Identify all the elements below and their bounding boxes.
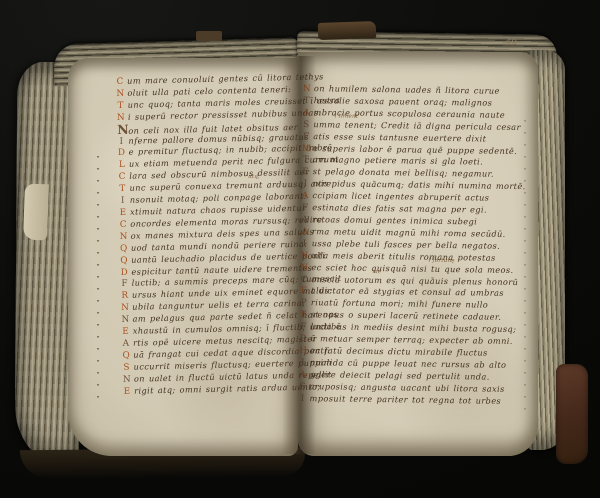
line-text: e superis labor ē parua quē puppe sedent… — [313, 143, 517, 156]
spine-leather-fragment — [556, 364, 588, 464]
line-initial: S — [302, 120, 310, 132]
line-initial: Q — [120, 255, 128, 267]
line-initial: Q — [120, 243, 128, 255]
line-initial: I — [301, 239, 309, 251]
protruding-leaf-edge — [23, 184, 49, 241]
line-text: nualida cū puppe leuat nec rursus ab alt… — [310, 357, 506, 370]
line-text: luctibus in mediis desint mihi busta rog… — [311, 321, 517, 334]
interlinear-gloss: me — [372, 269, 381, 275]
line-text: estinata dies fatis sat magna per egi. — [312, 202, 487, 214]
line-text: ussa plebe tuli fasces per bella negatos… — [312, 238, 501, 251]
line-text: onscia uotorum es qui quāuis plenus hono… — [311, 274, 518, 287]
line-initial: N — [117, 123, 125, 135]
line-text: rma metu uidit magnū mihi roma secūdū. — [312, 226, 506, 239]
line-initial: A — [299, 370, 307, 382]
folio-number: 49 — [504, 37, 517, 48]
line-text: mposuit terre pariter tot regna tot urbe… — [310, 393, 502, 406]
line-initial: I — [298, 394, 306, 406]
line-text: riuatū fortuna mori; mihi funere nullo — [311, 297, 488, 309]
line-initial: N — [123, 374, 131, 386]
line-text: ccipiam licet ingentes abruperit actus — [312, 190, 489, 202]
line-initial: N — [300, 251, 308, 263]
pricking-holes-left — [97, 156, 99, 408]
line-text: umma tenent; Credit iā digna pericula ce… — [313, 119, 521, 132]
interlinear-gloss: atq; — [248, 174, 260, 180]
line-text: ntrepidus quācumq; datis mihi numina mor… — [313, 178, 526, 191]
manuscript-photo: Cum mare conuoluit gentes cū litora teth… — [0, 0, 600, 498]
line-initial: S — [299, 382, 307, 394]
line-initial: F — [302, 132, 310, 144]
line-text: ū metuar semper terraq; expecter ab omni… — [310, 333, 513, 346]
line-text: on humilem salona uades ñ litora curue — [314, 83, 500, 96]
line-text: st pelago donata mei bellisq; negamur. — [313, 166, 494, 179]
line-text: hessalie saxosa pauent oraq; malignos — [314, 95, 493, 107]
interlinear-gloss: ł fortunę — [428, 258, 454, 264]
line-text: t dictator eā stygias et consul ad umbra… — [311, 286, 504, 299]
headband-fragment — [196, 31, 222, 41]
interlinear-gloss: ł timent — [334, 113, 358, 119]
line-initial: N — [300, 263, 308, 275]
line-text: am magno petiere maris si gla loeti. — [313, 155, 483, 167]
line-text: ec fatū decimus dictu mirabile fluctus — [310, 345, 488, 357]
line-text: ec sciet hoc quisquā nisi tu que sola me… — [311, 262, 513, 275]
headband-damage — [318, 21, 377, 40]
right-page-text-column: Non humilem salona uades ñ litora curueT… — [299, 83, 528, 408]
line-text: ulla meis aberit titulis romana potestas — [312, 250, 496, 263]
line-text: ggere deiecit pelagi sed pertulit unda. — [310, 369, 490, 382]
line-text: rctoas domui gentes inimica subegi — [312, 214, 477, 226]
line-text: cruposisq; angusta uacant ubi litora sax… — [310, 381, 505, 394]
line-initial: E — [123, 386, 131, 398]
line-text: atis esse suis tantusne euertere dixit — [313, 131, 486, 143]
line-text: st opus o superi lacerū retinete cadauer… — [311, 309, 502, 322]
